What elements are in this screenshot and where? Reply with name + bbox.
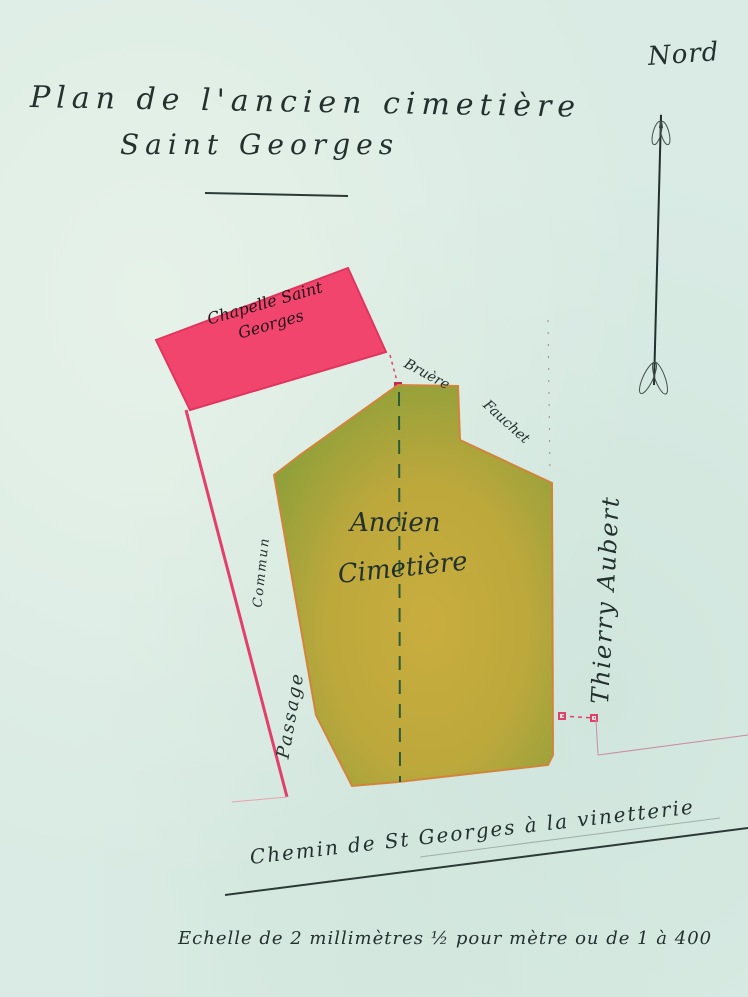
cemetery-parcel[interactable] [274, 385, 553, 786]
right-parcel-boundary [548, 320, 748, 755]
map-title-line2: Saint Georges [120, 128, 399, 161]
title-underline [205, 193, 348, 196]
north-arrow-icon [636, 113, 672, 396]
cemetery-label-line1: Ancien [350, 508, 441, 538]
map-canvas: Plan de l'ancien cimetière Saint Georges… [0, 0, 748, 997]
scale-text: Echelle de 2 millimètres ½ pour mètre ou… [178, 928, 712, 949]
north-label: Nord [647, 37, 720, 72]
